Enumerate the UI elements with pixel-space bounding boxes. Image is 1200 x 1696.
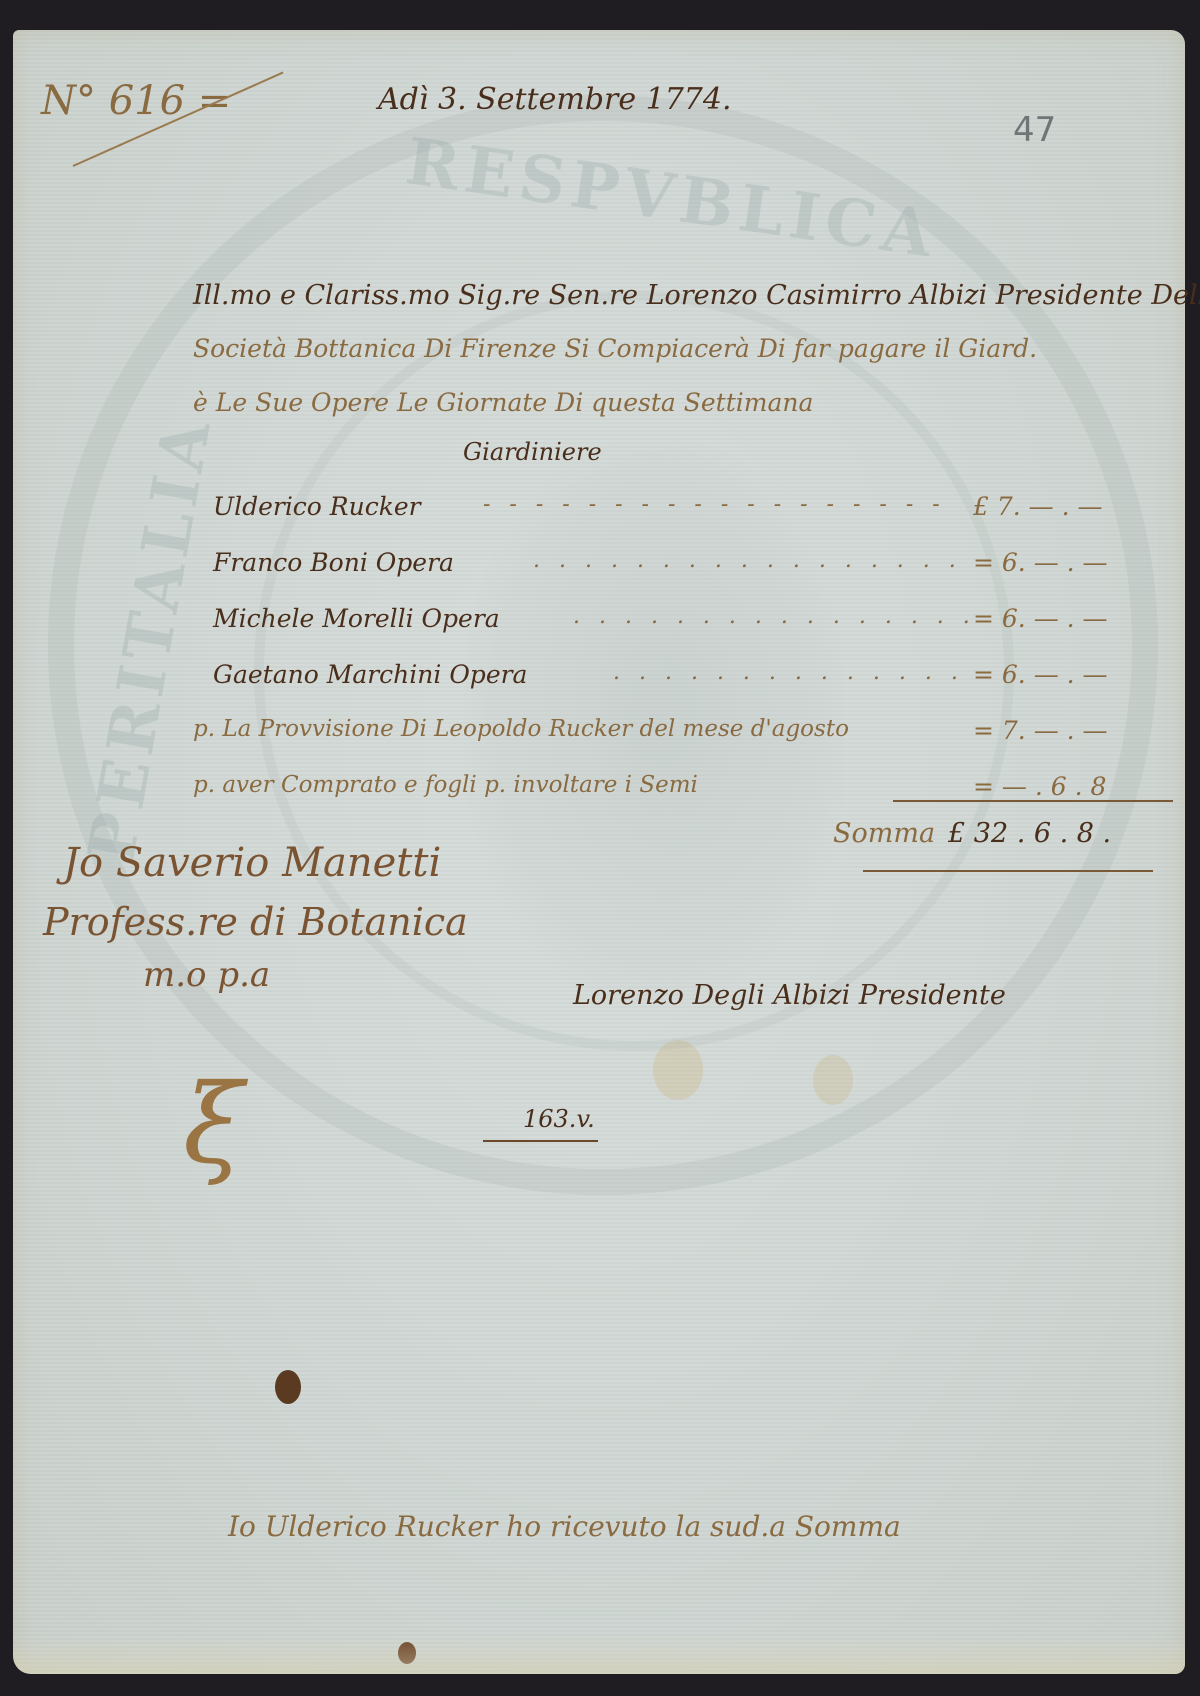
ink-stain: [398, 1642, 416, 1664]
entry-name: Ulderico Rucker: [213, 492, 421, 521]
entry-amount: = 7. — . —: [973, 716, 1108, 745]
entry-amount: = — . 6 . 8: [973, 772, 1106, 801]
document-sheet: RESPVBLICA PERITALIA N° 616 = Adì 3. Set…: [13, 30, 1185, 1674]
entry-amount: = 6. — . —: [973, 604, 1108, 633]
entry-amount: £ 7. — . —: [973, 492, 1103, 521]
reference-number: 163.v.: [523, 1105, 595, 1133]
president-signature: Lorenzo Degli Albizi Presidente: [573, 980, 1006, 1011]
approval-signature-name: Jo Saverio Manetti: [63, 840, 441, 886]
water-stain: [813, 1055, 853, 1105]
total-label: Somma: [833, 818, 935, 849]
total-rule-top: [893, 800, 1173, 802]
watermark-seal: RESPVBLICA PERITALIA: [48, 95, 1158, 1195]
address-line-2: Società Bottanica Di Firenze Si Compiace…: [193, 334, 1037, 363]
entry-name: Gaetano Marchini Opera: [213, 660, 527, 689]
address-line-1: Ill.mo e Clariss.mo Sig.re Sen.re Lorenz…: [193, 280, 1200, 311]
entry-name: p. La Provvisione Di Leopoldo Rucker del…: [193, 716, 849, 742]
leader-dots: . . . . . . . . . . . . . .: [613, 660, 964, 685]
seal-text-top: RESPVBLICA: [401, 124, 942, 273]
flourish-mark: ξ: [183, 1060, 244, 1188]
total-amount: £ 32 . 6 . 8 .: [948, 818, 1111, 849]
entry-name: Franco Boni Opera: [213, 548, 454, 577]
entry-name: Michele Morelli Opera: [213, 604, 500, 633]
reference-underline: [483, 1140, 598, 1142]
folio-number: 47: [1013, 110, 1056, 150]
entry-amount: = 6. — . —: [973, 548, 1108, 577]
address-line-3: è Le Sue Opere Le Giornate Di questa Set…: [193, 388, 813, 417]
approval-signature-title: Profess.re di Botanica: [43, 900, 468, 944]
leader-dots: - - - - - - - - - - - - - - - - - -: [483, 492, 946, 517]
approval-signature-note: m.o p.a: [143, 955, 270, 995]
water-stain: [653, 1040, 703, 1100]
leader-dots: . . . . . . . . . . . . . . . . .: [533, 548, 962, 573]
entry-name: p. aver Comprato e fogli p. involtare i …: [193, 772, 698, 798]
entry-amount: = 6. — . —: [973, 660, 1108, 689]
seal-text-left: PERITALIA: [74, 409, 226, 868]
leader-dots: . . . . . . . . . . . . . . . .: [573, 604, 976, 629]
date-line: Adì 3. Settembre 1774.: [378, 82, 732, 117]
address-line-4: Giardiniere: [463, 438, 602, 466]
receipt-line: Io Ulderico Rucker ho ricevuto la sud.a …: [228, 1510, 901, 1543]
ink-stain: [275, 1370, 301, 1404]
archive-number: N° 616 =: [41, 78, 231, 124]
total-rule-bottom: [863, 870, 1153, 872]
